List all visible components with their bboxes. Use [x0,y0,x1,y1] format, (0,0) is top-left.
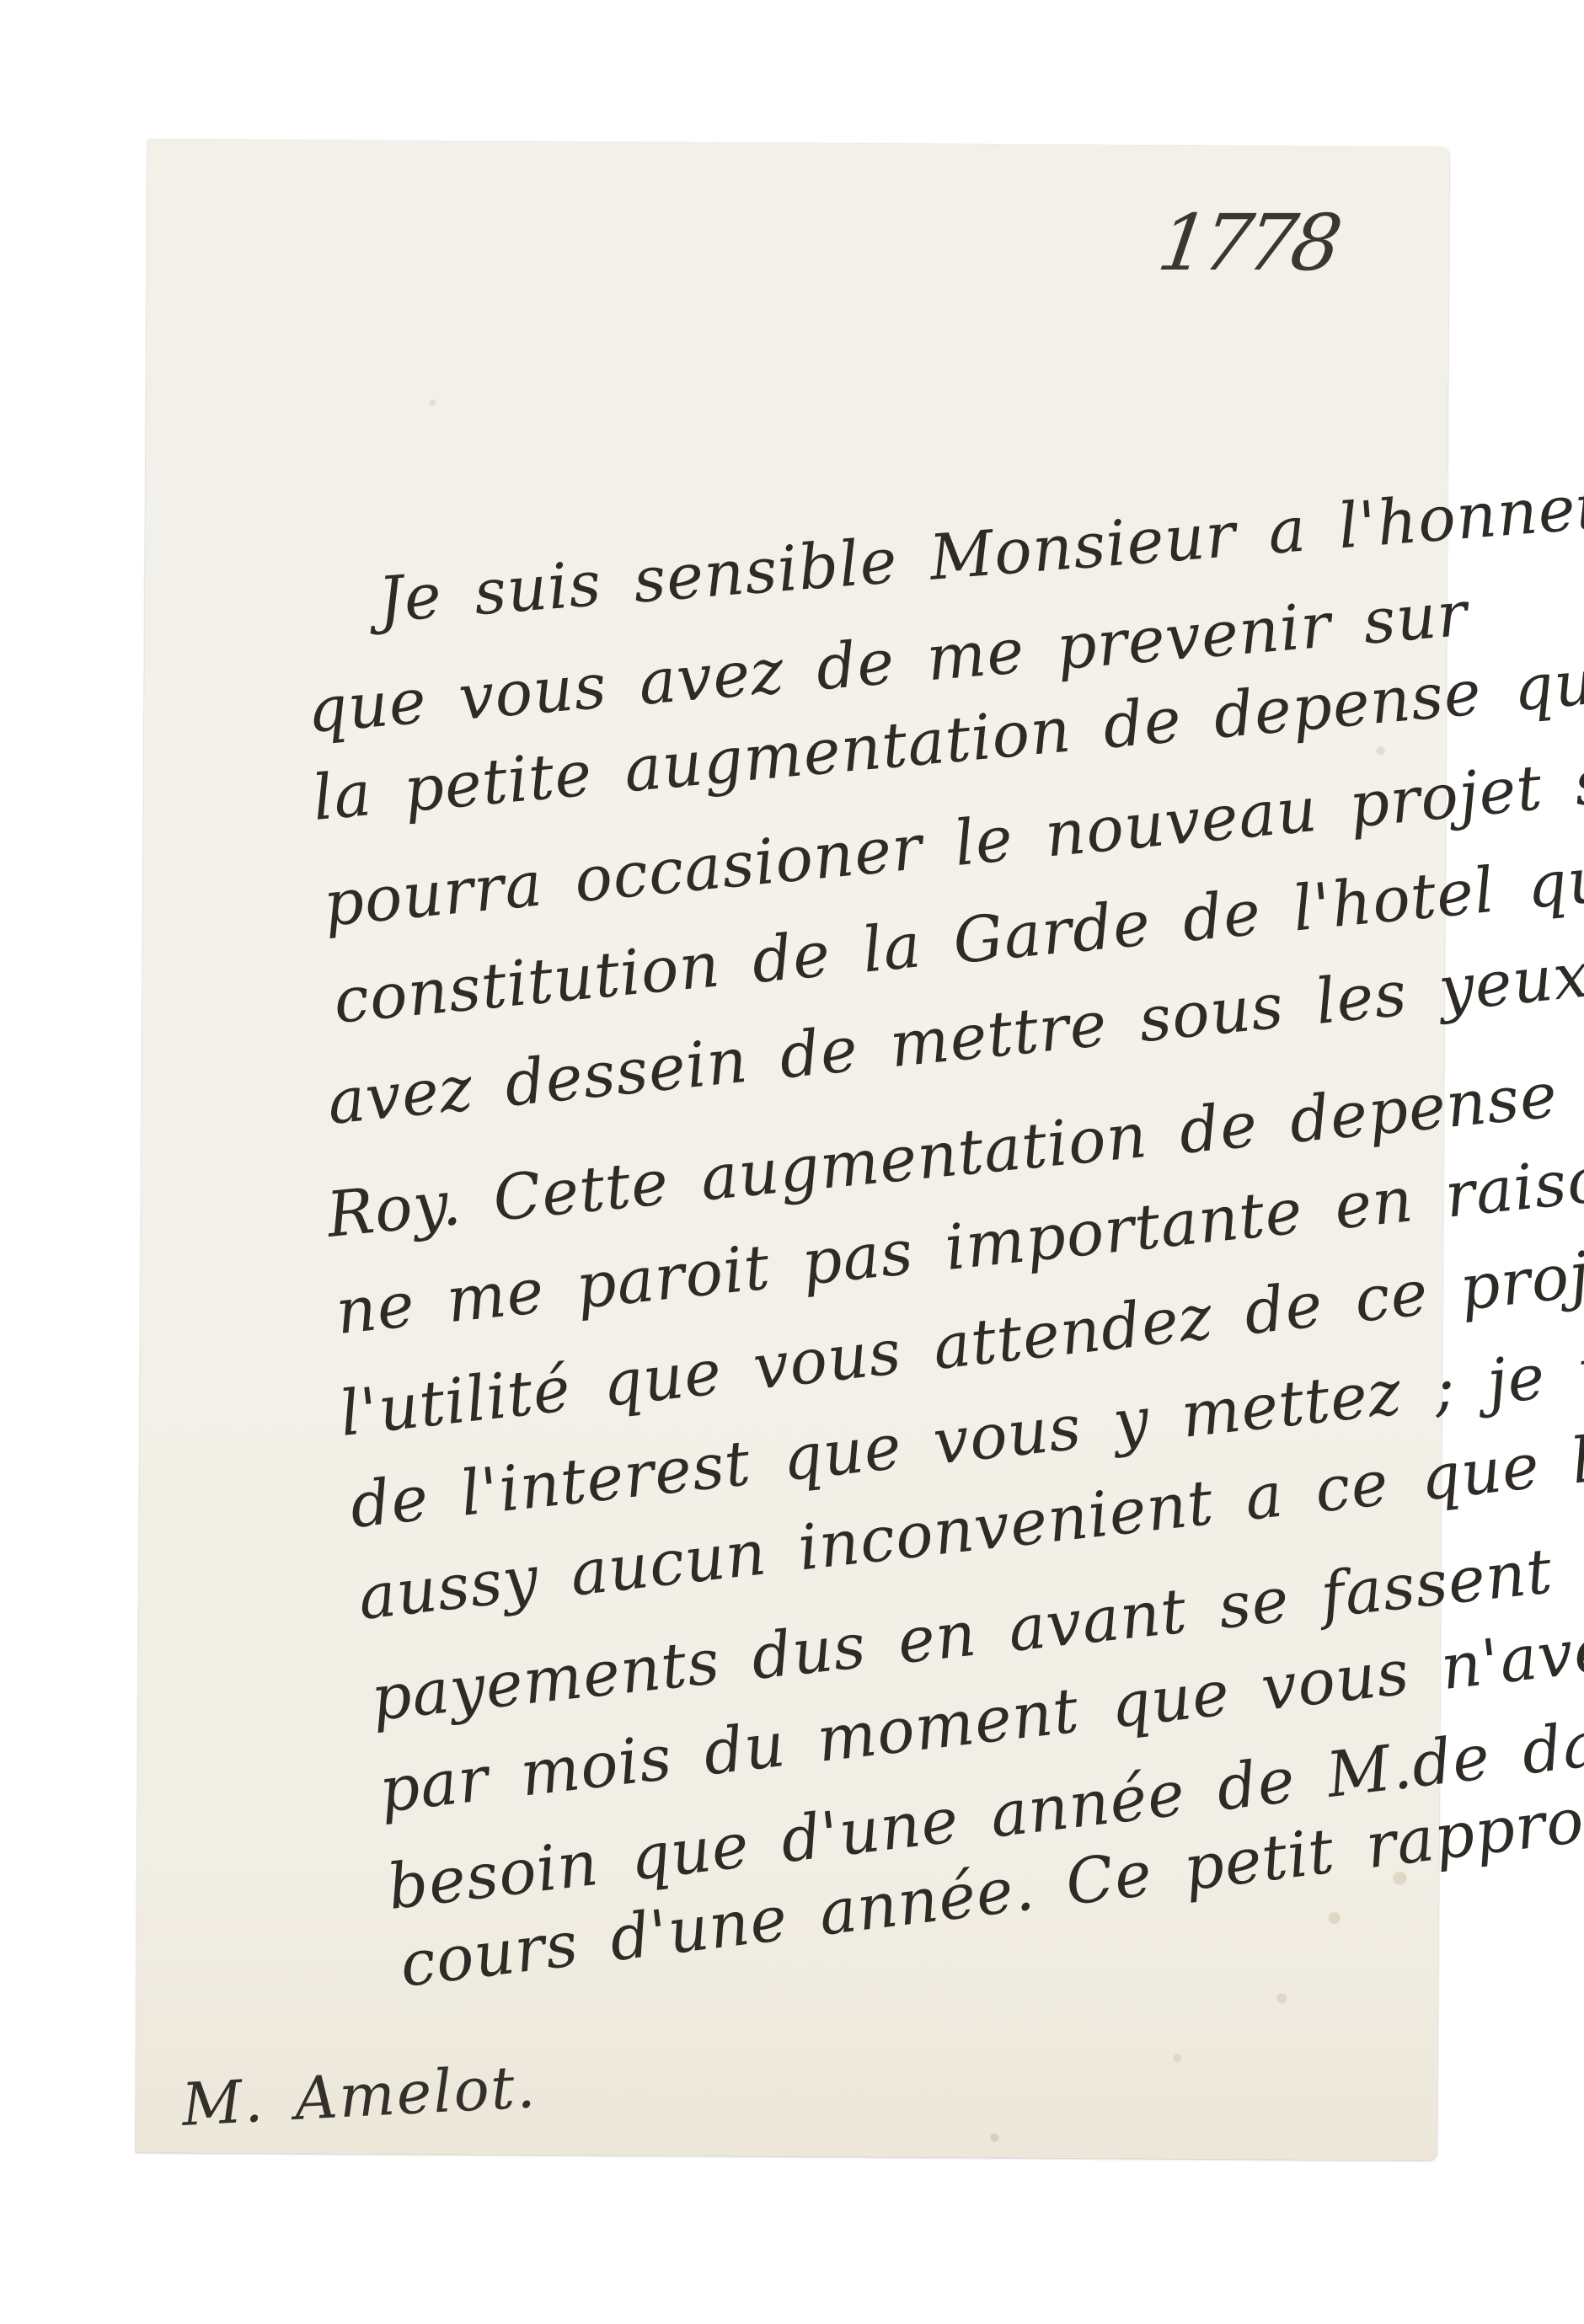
letter-body: Je suis sensible Monsieur a l'honneteté … [0,0,1584,2324]
